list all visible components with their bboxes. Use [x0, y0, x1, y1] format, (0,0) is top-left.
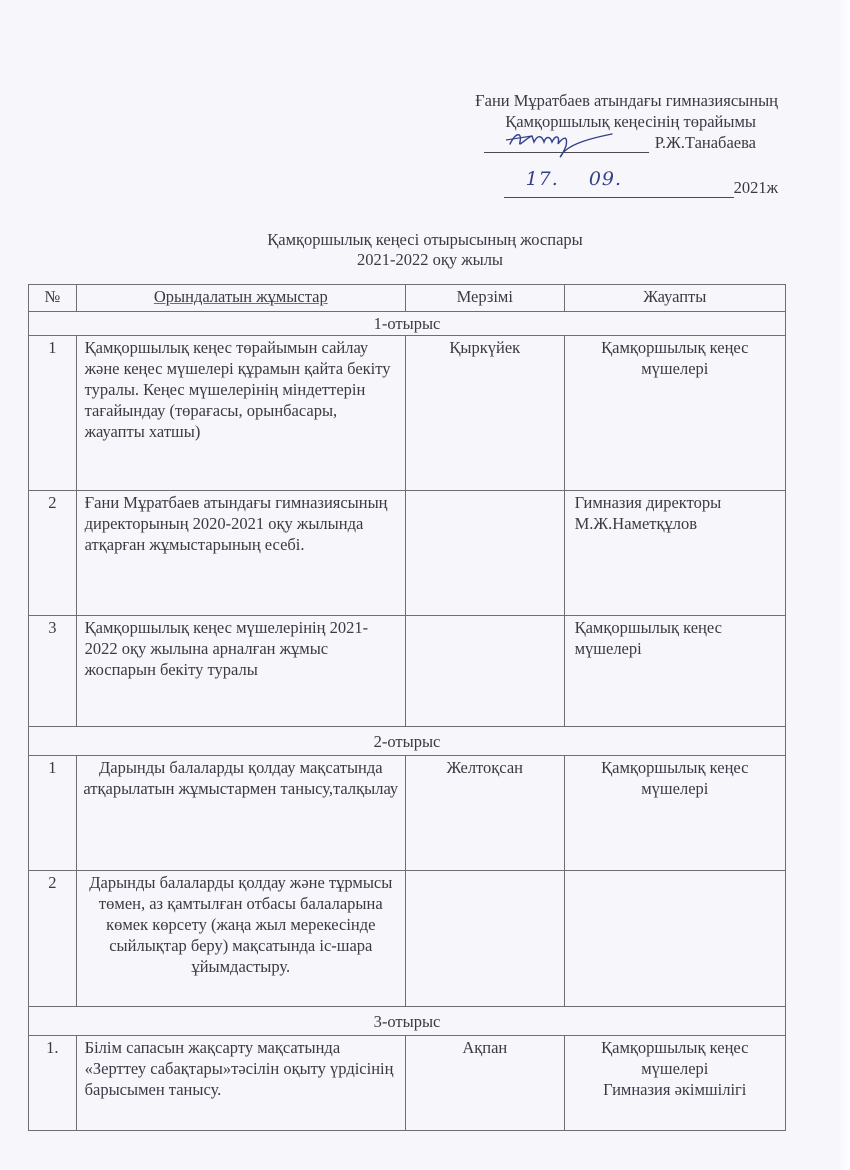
- document-title: Қамқоршылық кеңесі отырысының жоспары: [0, 230, 850, 250]
- row-responsible: [564, 871, 785, 1007]
- row-number: 3: [29, 616, 77, 727]
- header-work: Орындалатын жұмыстар: [76, 285, 405, 312]
- row-responsible: Гимназия директоры М.Ж.Наметқұлов: [564, 491, 785, 616]
- session-title: 3-отырыс: [29, 1007, 786, 1036]
- date-year: 2021ж: [734, 177, 778, 198]
- table-row: 2 Ғани Мұратбаев атындағы гимназиясының …: [29, 491, 786, 616]
- table-row: 1 Дарынды балаларды қолдау мақсатында ат…: [29, 756, 786, 871]
- approval-block: Ғани Мұратбаев атындағы гимназиясының Қа…: [378, 90, 778, 198]
- row-deadline: [405, 616, 564, 727]
- row-deadline: Желтоқсан: [405, 756, 564, 871]
- plan-table: № Орындалатын жұмыстар Мерзімі Жауапты 1…: [28, 284, 786, 1131]
- handwritten-date: 17.09.: [526, 169, 622, 190]
- row-deadline: Ақпан: [405, 1036, 564, 1131]
- session-title: 1-отырыс: [29, 312, 786, 336]
- handwritten-signature-icon: [502, 126, 622, 160]
- row-work: Дарынды балаларды қолдау және тұрмысы тө…: [76, 871, 405, 1007]
- table-row: 3 Қамқоршылық кеңес мүшелерінің 2021-202…: [29, 616, 786, 727]
- table-row: 1. Білім сапасын жақсарту мақсатында «Зе…: [29, 1036, 786, 1131]
- row-number: 1: [29, 756, 77, 871]
- row-deadline: Қыркүйек: [405, 336, 564, 491]
- row-responsible: Қамқоршылық кеңес мүшелері: [564, 616, 785, 727]
- session-title: 2-отырыс: [29, 727, 786, 756]
- row-work: Ғани Мұратбаев атындағы гимназиясының ди…: [76, 491, 405, 616]
- date-day: 17.: [526, 169, 559, 190]
- row-work: Қамқоршылық кеңес мүшелерінің 2021-2022 …: [76, 616, 405, 727]
- row-number: 2: [29, 491, 77, 616]
- approval-org-line: Ғани Мұратбаев атындағы гимназиясының: [378, 90, 778, 111]
- session-row: 2-отырыс: [29, 727, 786, 756]
- row-work: Дарынды балаларды қолдау мақсатында атқа…: [76, 756, 405, 871]
- document-subtitle: 2021-2022 оқу жылы: [0, 250, 850, 270]
- row-deadline: [405, 491, 564, 616]
- row-responsible: Қамқоршылық кеңес мүшелері Гимназия әкім…: [564, 1036, 785, 1131]
- signature-row: Р.Ж.Танабаева: [378, 132, 756, 153]
- signature-line: [484, 132, 649, 153]
- row-work: Білім сапасын жақсарту мақсатында «Зертт…: [76, 1036, 405, 1131]
- row-number: 1: [29, 336, 77, 491]
- session-row: 3-отырыс: [29, 1007, 786, 1036]
- header-deadline: Мерзімі: [405, 285, 564, 312]
- table-row: 1 Қамқоршылық кеңес төрайымын сайлау жән…: [29, 336, 786, 491]
- table-header-row: № Орындалатын жұмыстар Мерзімі Жауапты: [29, 285, 786, 312]
- row-responsible: Қамқоршылық кеңес мүшелері: [564, 756, 785, 871]
- approval-date-row: 17.09. 2021ж: [378, 175, 778, 198]
- page-edge: [838, 0, 850, 1170]
- row-deadline: [405, 871, 564, 1007]
- row-number: 2: [29, 871, 77, 1007]
- header-responsible: Жауапты: [564, 285, 785, 312]
- date-line: 17.09.: [504, 175, 734, 198]
- date-month: 09.: [589, 169, 622, 190]
- signatory-name: Р.Ж.Танабаева: [655, 132, 756, 153]
- row-work: Қамқоршылық кеңес төрайымын сайлау және …: [76, 336, 405, 491]
- session-row: 1-отырыс: [29, 312, 786, 336]
- document-title-block: Қамқоршылық кеңесі отырысының жоспары 20…: [0, 230, 850, 270]
- header-number: №: [29, 285, 77, 312]
- row-responsible: Қамқоршылық кеңес мүшелері: [564, 336, 785, 491]
- row-number: 1.: [29, 1036, 77, 1131]
- table-row: 2 Дарынды балаларды қолдау және тұрмысы …: [29, 871, 786, 1007]
